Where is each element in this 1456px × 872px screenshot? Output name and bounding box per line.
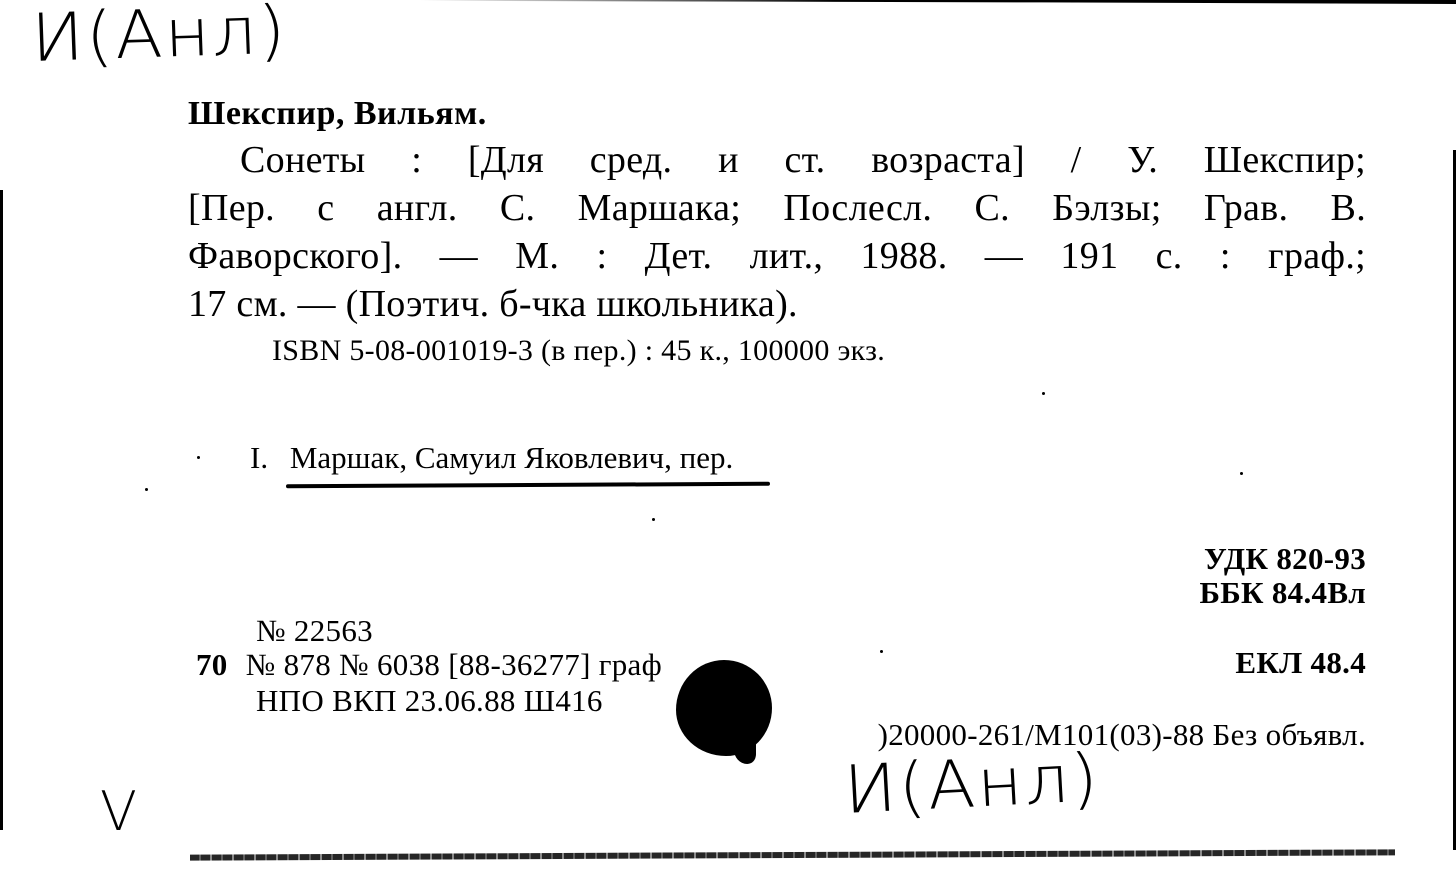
press-line: НПО ВКП 23.06.88 Ш416 — [256, 684, 603, 718]
ink-blot-stamp — [676, 660, 772, 756]
handdrawn-underline — [286, 482, 770, 489]
scan-edge-bottom — [190, 849, 1395, 860]
speck — [145, 488, 148, 491]
isbn-line: ISBN 5-08-001019-3 (в пер.) : 45 к., 100… — [272, 334, 885, 368]
added-entry-name: Маршак, Самуил Яковлевич, — [290, 440, 672, 475]
catalog-card: И(Анл) Шекспир, Вильям. Сонеты : [Для ср… — [0, 0, 1456, 872]
bbk-code: ББК 84.4Вл — [1199, 576, 1366, 610]
print-line: 70 № 878 № 6038 [88-36277] граф — [196, 648, 662, 682]
speck — [1042, 392, 1045, 395]
handwritten-check-mark: V — [100, 780, 139, 843]
scan-edge-top — [420, 0, 1456, 4]
udk-code: УДК 820-93 — [1204, 542, 1366, 576]
added-entry-role: пер. — [680, 440, 734, 475]
added-entry-number: I. — [250, 440, 268, 475]
description-line: [Пер. с англ. С. Маршака; Послесл. С. Бэ… — [188, 184, 1366, 232]
ekl-code: ЕКЛ 48.4 — [1235, 646, 1366, 680]
description-line: 17 см. — (Поэтич. б-чка школьника). — [188, 280, 1366, 328]
speck — [1240, 472, 1243, 475]
bibliographic-description: Сонеты : [Для сред. и ст. возраста] / У.… — [188, 136, 1366, 328]
speck — [880, 650, 883, 653]
scan-edge-left — [0, 190, 3, 830]
print-details: № 878 № 6038 [88-36277] граф — [246, 647, 662, 682]
description-line: Фаворского]. — М. : Дет. лит., 1988. — 1… — [188, 232, 1366, 280]
speck — [197, 456, 200, 459]
handwritten-note-top: И(Анл) — [30, 0, 289, 77]
order-number: № 22563 — [256, 614, 373, 648]
speck — [652, 518, 655, 521]
added-entry: I. Маршак, Самуил Яковлевич, пер. — [250, 440, 733, 476]
print-lead: 70 — [196, 647, 228, 682]
author-heading: Шекспир, Вильям. — [188, 95, 487, 133]
handwritten-note-bottom: И(Анл) — [842, 739, 1102, 829]
description-line: Сонеты : [Для сред. и ст. возраста] / У.… — [188, 136, 1366, 184]
